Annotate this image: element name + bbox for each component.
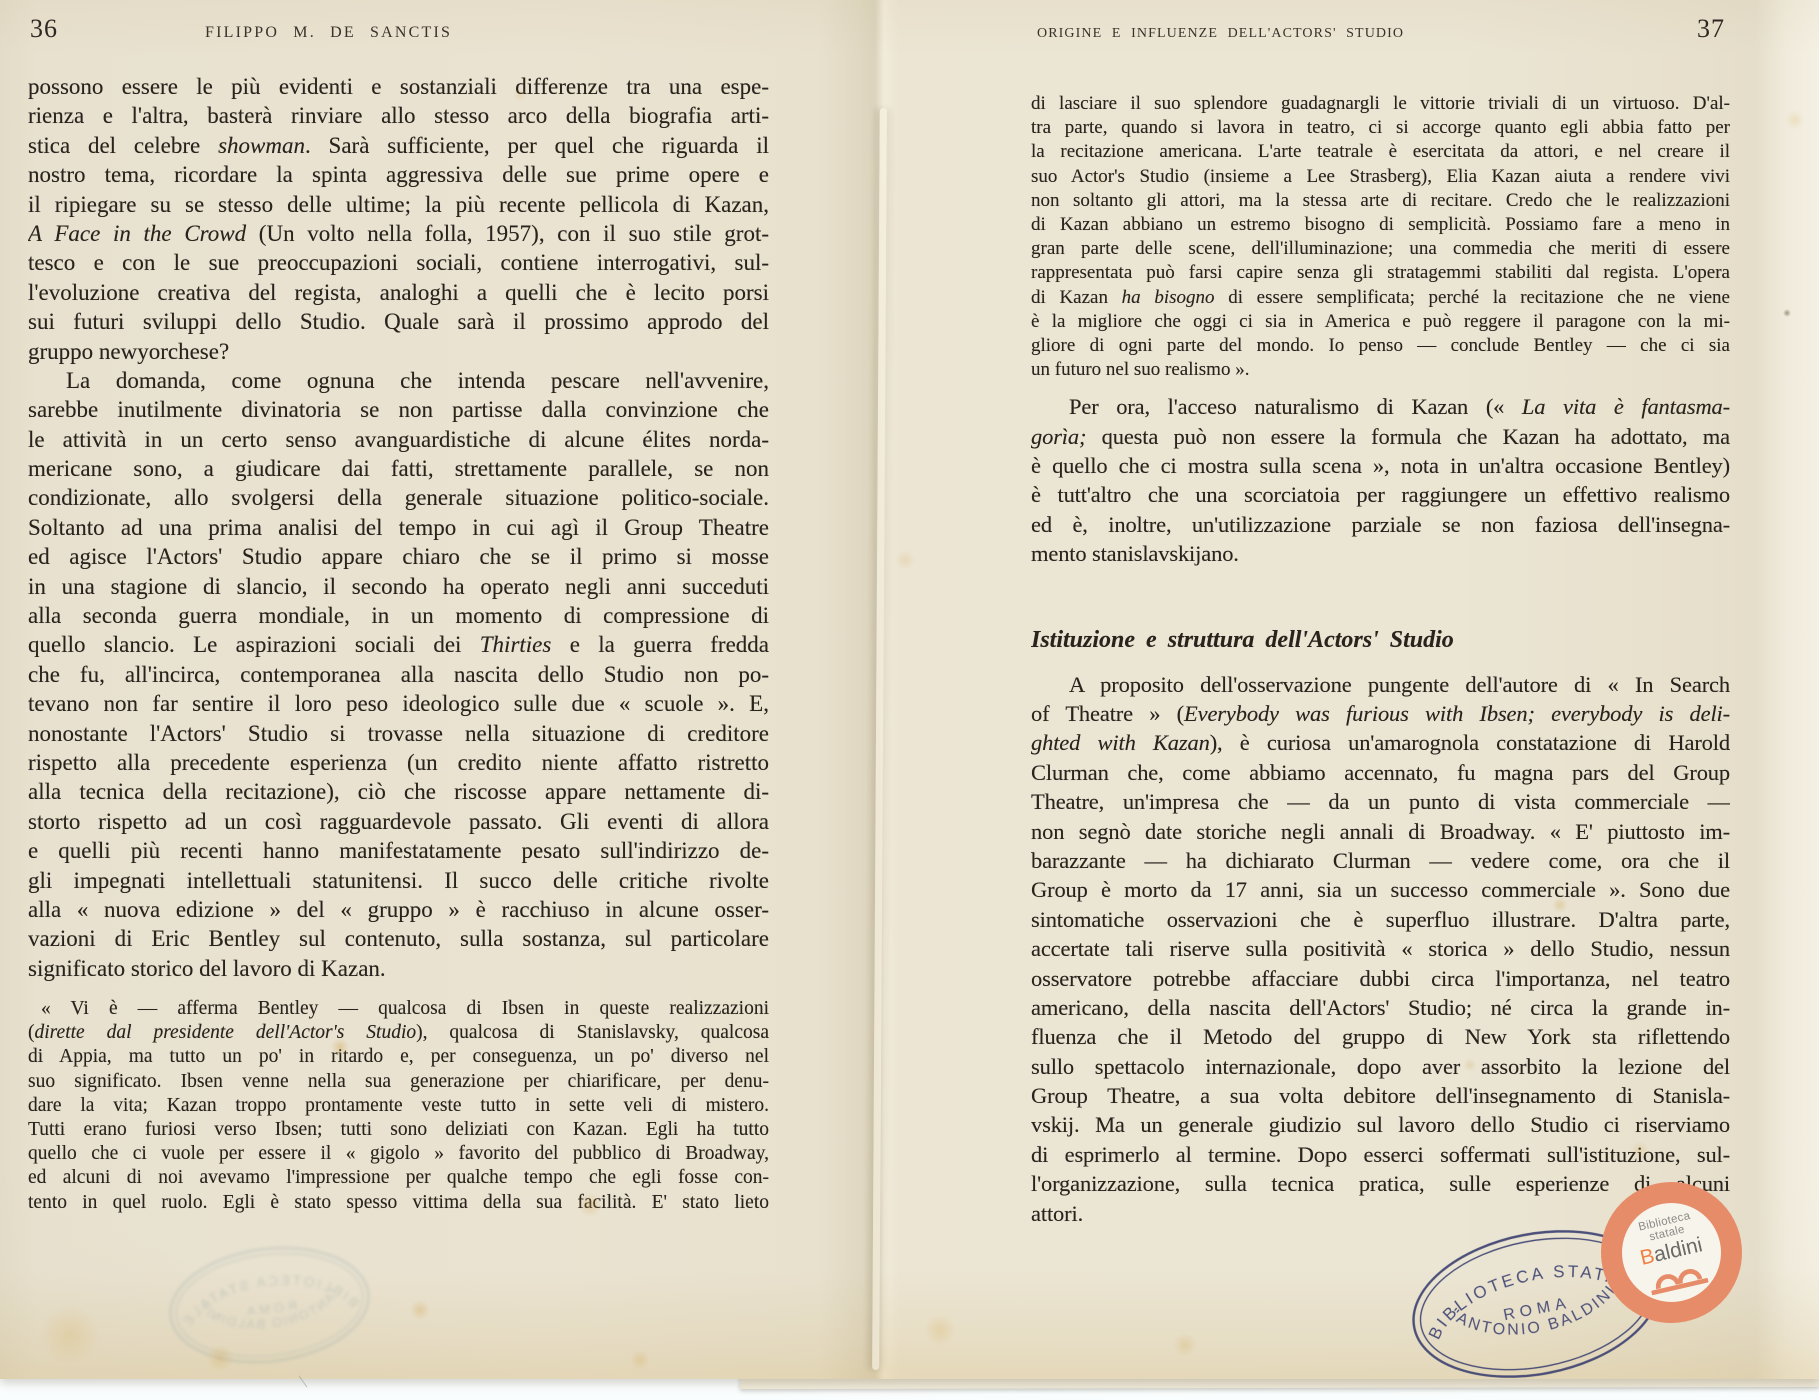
text-line: condizionate, allo svolgersi della gener…: [28, 483, 769, 512]
text-line: vskij. Ma un generale giudizio sul lavor…: [1031, 1110, 1730, 1139]
text-line: ed alcuni di noi avevamo l'impressione p…: [28, 1166, 769, 1190]
text-line: di esprimerlo al termine. Dopo esserci s…: [1031, 1140, 1730, 1169]
text-line: tesco e con le sue preoccupazioni social…: [28, 248, 769, 277]
text-line: non soltanto gli attori, ma la stessa ar…: [1031, 189, 1730, 213]
text-line: Tutti erano furiosi verso Ibsen; tutti s…: [28, 1118, 769, 1142]
text-line: ed è, inoltre, un'utilizzazione parziale…: [1031, 510, 1730, 539]
text-column-right: di lasciare il suo splendore guadagnargl…: [1031, 92, 1730, 1228]
text-line: non segnò date storiche negli annali di …: [1031, 817, 1730, 846]
text-line: A Face in the Crowd (Un volto nella foll…: [28, 219, 769, 248]
text-line: Clurman che, come abbiamo accennato, fu …: [1031, 758, 1730, 787]
page-number-36: 36: [30, 14, 58, 44]
text-line: e quelli più recenti hanno manifestatame…: [28, 836, 769, 865]
text-line: alla « nuova edizione » del « gruppo » è…: [28, 895, 769, 924]
para-la-domanda: La domanda, come ognuna che intenda pesc…: [28, 366, 769, 983]
quote-bentley-part1: « Vi è — afferma Bentley — qualcosa di I…: [28, 997, 769, 1215]
para-a-proposito: A proposito dell'osservazione pungente d…: [1031, 670, 1730, 1228]
text-line: gruppo newyorchese?: [28, 337, 769, 366]
text-line: è quello che ci mostra sulla scena », no…: [1031, 451, 1730, 480]
text-line: suo Actor's Studio (insieme a Lee Strasb…: [1031, 165, 1730, 189]
text-line: tra parte, quando si lavora in teatro, c…: [1031, 116, 1730, 140]
text-line: Per ora, l'acceso naturalismo di Kazan (…: [1031, 392, 1730, 421]
text-line: mento stanislavskijano.: [1031, 539, 1730, 568]
text-line: che fu, all'incirca, contemporanea alla …: [28, 660, 769, 689]
text-line: rienza e l'altra, basterà rinviare allo …: [28, 101, 769, 130]
text-line: di Appia, ma tutto un po' in ritardo e, …: [28, 1045, 769, 1069]
text-line: of Theatre » (Everybody was furious with…: [1031, 699, 1730, 728]
text-line: ed agisce l'Actors' Studio appare chiaro…: [28, 542, 769, 571]
text-line: è la migliore che oggi ci sia in America…: [1031, 310, 1730, 334]
text-line: il ripiegare su se stesso delle ultime; …: [28, 190, 769, 219]
text-line: Group è morto da 17 anni, sia un success…: [1031, 875, 1730, 904]
text-line: Istituzione e struttura dell'Actors' Stu…: [1031, 625, 1730, 655]
text-line: di lasciare il suo splendore guadagnargl…: [1031, 92, 1730, 116]
quote-bentley-part2: di lasciare il suo splendore guadagnargl…: [1031, 92, 1730, 382]
text-line: un futuro nel suo realismo ».: [1031, 358, 1730, 382]
text-line: « Vi è — afferma Bentley — qualcosa di I…: [28, 997, 769, 1021]
text-line: sintomatiche osservazioni che è superflu…: [1031, 905, 1730, 934]
text-line: gorìa; questa può non essere la formula …: [1031, 422, 1730, 451]
text-line: sarebbe inutilmente divinatoria se non p…: [28, 395, 769, 424]
text-line: barazzante — ha dichiarato Clurman — ved…: [1031, 846, 1730, 875]
page-number-37: 37: [1697, 14, 1725, 44]
text-line: è tutt'altro che una scorciatoia per rag…: [1031, 480, 1730, 509]
running-head-left: FILIPPO M. DE SANCTIS: [205, 24, 452, 42]
section-heading-istituzione: Istituzione e struttura dell'Actors' Stu…: [1031, 625, 1730, 655]
text-line: la recitazione americana. L'arte teatral…: [1031, 140, 1730, 164]
text-line: La domanda, come ognuna che intenda pesc…: [28, 366, 769, 395]
text-line: alla seconda guerra mondiale, in un mome…: [28, 601, 769, 630]
text-column-left: possono essere le più evidenti e sostanz…: [28, 72, 769, 1215]
text-line: stica del celebre showman. Sarà sufficie…: [28, 131, 769, 160]
text-line: Soltanto ad una prima analisi del tempo …: [28, 513, 769, 542]
text-line: quello che ci vuole per essere il « gigo…: [28, 1142, 769, 1166]
text-line: di Kazan abbiano un estremo bisogno di s…: [1031, 213, 1730, 237]
text-line: A proposito dell'osservazione pungente d…: [1031, 670, 1730, 699]
baldini-library-logo: Biblioteca statale Baldini: [1601, 1182, 1742, 1323]
text-line: americano, della nascita dell'Actors' St…: [1031, 993, 1730, 1022]
text-line: nostro tema, ricordare la spinta aggress…: [28, 160, 769, 189]
text-line: sullo spettacolo internazionale, dopo av…: [1031, 1052, 1730, 1081]
text-line: rappresentata può farsi capire senza gli…: [1031, 261, 1730, 285]
text-line: vazioni di Eric Bentley sul contenuto, s…: [28, 924, 769, 953]
text-line: Theatre, un'impresa che — da un punto di…: [1031, 787, 1730, 816]
text-line: alla tecnica della recitazione), ciò che…: [28, 777, 769, 806]
text-line: le attività in un certo senso avanguardi…: [28, 425, 769, 454]
text-line: tevano non far sentire il loro peso ideo…: [28, 689, 769, 718]
text-line: quello slancio. Le aspirazioni sociali d…: [28, 630, 769, 659]
text-line: nonostante l'Actors' Studio si trovasse …: [28, 719, 769, 748]
text-line: l'evoluzione creativa del regista, analo…: [28, 278, 769, 307]
text-line: mericane sono, a giudicare dai fatti, st…: [28, 454, 769, 483]
text-line: possono essere le più evidenti e sostanz…: [28, 72, 769, 101]
text-line: di Kazan ha bisogno di essere semplifica…: [1031, 286, 1730, 310]
text-line: fluenza che il Metodo del gruppo di New …: [1031, 1022, 1730, 1051]
logo-content: Biblioteca statale Baldini: [1612, 1193, 1731, 1312]
text-line: dare la vita; Kazan troppo prontamente v…: [28, 1094, 769, 1118]
text-line: gliore di ogni parte del mondo. Io penso…: [1031, 334, 1730, 358]
text-line: l'organizzazione, sulla tecnica pratica,…: [1031, 1169, 1730, 1198]
text-line: gran parte delle scene, dell'illuminazio…: [1031, 237, 1730, 261]
text-line: (dirette dal presidente dell'Actor's Stu…: [28, 1021, 769, 1045]
text-line: accertate tali riserve sulla positività …: [1031, 934, 1730, 963]
text-line: gli impegnati intellettuali statunitensi…: [28, 866, 769, 895]
text-line: rispetto alla precedente esperienza (un …: [28, 748, 769, 777]
running-head-right: ORIGINE E INFLUENZE DELL'ACTORS' STUDIO: [1037, 26, 1404, 42]
text-line: suo significato. Ibsen venne nella sua g…: [28, 1070, 769, 1094]
text-line: tento in quel ruolo. Egli è stato spesso…: [28, 1191, 769, 1215]
para-per-ora: Per ora, l'acceso naturalismo di Kazan (…: [1031, 392, 1730, 568]
text-line: sui futuri sviluppi dello Studio. Quale …: [28, 307, 769, 336]
text-line: osservatore potrebbe affacciare dubbi ci…: [1031, 964, 1730, 993]
para-continuation-possono: possono essere le più evidenti e sostanz…: [28, 72, 769, 366]
text-line: Group Theatre, a sua volta debitore dell…: [1031, 1081, 1730, 1110]
text-line: ghted with Kazan), è curiosa un'amarogno…: [1031, 728, 1730, 757]
text-line: storto rispetto ad un così ragguardevole…: [28, 807, 769, 836]
text-line: in una stagione di slancio, il secondo h…: [28, 572, 769, 601]
text-line: significato storico del lavoro di Kazan.: [28, 954, 769, 983]
